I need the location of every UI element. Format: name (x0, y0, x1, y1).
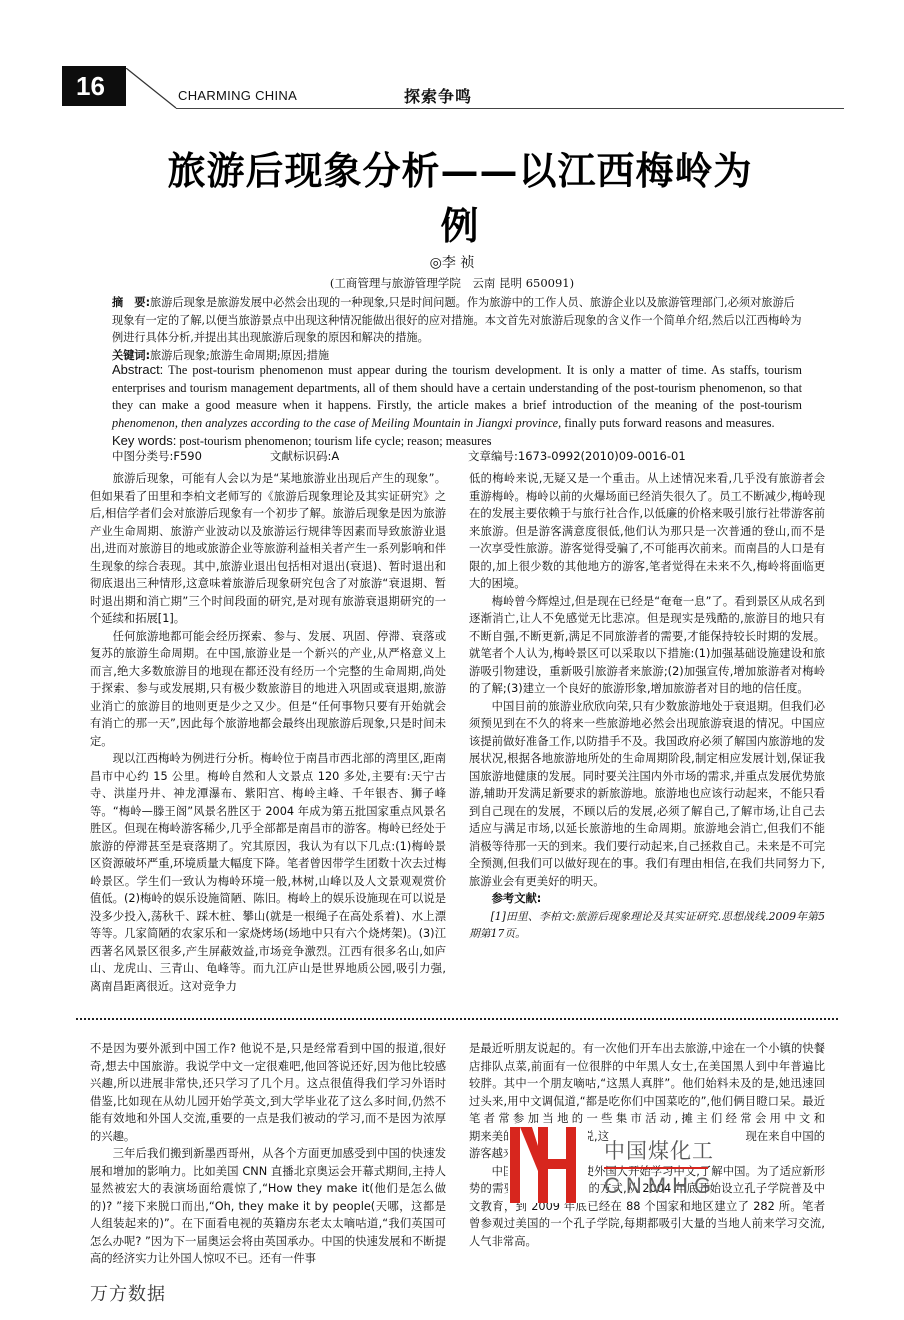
keywords-en-label: Key words: (112, 433, 176, 448)
article-number: 文章编号:1673-0992(2010)09-0016-01 (468, 448, 686, 464)
watermark-underline (604, 1167, 708, 1169)
lower-article-column-left: 不是因为要外派到中国工作? 他说不是,只是经常看到中国的报道,很好奇,想去中国旅… (90, 1040, 446, 1268)
abstract-en-label: Abstract: (112, 362, 163, 377)
watermark-en-text: CNMHG (604, 1173, 717, 1199)
document-code: 文献标识码:A (270, 448, 339, 464)
paragraph: 不是因为要外派到中国工作? 他说不是,只是经常看到中国的报道,很好奇,想去中国旅… (90, 1040, 446, 1145)
paragraph: 旅游后现象，可能有人会以为是“某地旅游业出现后产生的现象”。但如果看了田里和李柏… (90, 470, 446, 628)
section-name: 探索争鸣 (404, 84, 472, 107)
watermark-cn-text: 中国煤化工 (604, 1135, 714, 1165)
references-heading: 参考文献: (469, 890, 825, 908)
source-watermark: 万方数据 (90, 1280, 166, 1306)
keywords-en-text: post-tourism phenomenon; tourism life cy… (179, 434, 491, 448)
journal-name: CHARMING CHINA (178, 88, 297, 103)
body-column-left: 旅游后现象，可能有人会以为是“某地旅游业出现后产生的现象”。但如果看了田里和李柏… (90, 470, 446, 995)
mh-logo-icon (508, 1125, 588, 1203)
english-abstract: Abstract: The post-tourism phenomenon mu… (112, 361, 802, 451)
body-column-right: 低的梅岭来说,无疑又是一个重击。从上述情况来看,几乎没有旅游者会重游梅岭。梅岭以… (469, 470, 825, 943)
dotted-divider (76, 1018, 838, 1020)
abstract-text: 旅游后现象是旅游发展中必然会出现的一种现象,只是时间问题。作为旅游中的工作人员、… (112, 296, 802, 344)
header-diagonal-rule (126, 68, 186, 110)
author: ◎李 祯 (0, 252, 904, 272)
reference-item: [1]田里、李柏文:旅游后现象理论及其实证研究.思想战线.2009年第5期第17… (469, 908, 825, 943)
paragraph: 任何旅游地都可能会经历探索、参与、发展、巩固、停滞、衰落或复苏的旅游生命周期。在… (90, 628, 446, 751)
abstract-en-tail: finally puts forward reasons and measure… (564, 416, 774, 430)
paragraph: 低的梅岭来说,无疑又是一个重击。从上述情况来看,几乎没有旅游者会重游梅岭。梅岭以… (469, 470, 825, 593)
affiliation: (工商管理与旅游管理学院 云南 昆明 650091) (0, 275, 904, 291)
keywords-label: 关键词: (112, 349, 150, 362)
paragraph: 现以江西梅岭为例进行分析。梅岭位于南昌市西北部的湾里区,距南昌市中心约 15 公… (90, 750, 446, 995)
chinese-abstract: 摘 要:旅游后现象是旅游发展中必然会出现的一种现象,只是时间问题。作为旅游中的工… (112, 290, 802, 364)
classification-number: 中图分类号:F590 (112, 448, 202, 464)
paragraph: 梅岭曾今辉煌过,但是现在已经是“奄奄一息”了。看到景区从成名到逐渐消亡,让人不免… (469, 593, 825, 698)
article-title: 旅游后现象分析——以江西梅岭为例 (150, 140, 770, 250)
keywords-text: 旅游后现象;旅游生命周期;原因;措施 (150, 349, 329, 362)
header-rule (176, 108, 844, 109)
watermark-logo: 中国煤化工 CNMHG (508, 1125, 718, 1203)
paragraph: 中国目前的旅游业欣欣向荣,只有少数旅游地处于衰退期。但我们必须预见到在不久的将来… (469, 698, 825, 891)
paragraph: 三年后我们搬到新墨西哥州，从各个方面更加感受到中国的快速发展和增加的影响力。比如… (90, 1145, 446, 1268)
page-number: 16 (62, 66, 126, 106)
abstract-label: 摘 要: (112, 296, 150, 309)
abstract-en-italic: phenomenon, then analyzes according to t… (112, 416, 561, 430)
abstract-en-text: The post-tourism phenomenon must appear … (112, 363, 802, 412)
